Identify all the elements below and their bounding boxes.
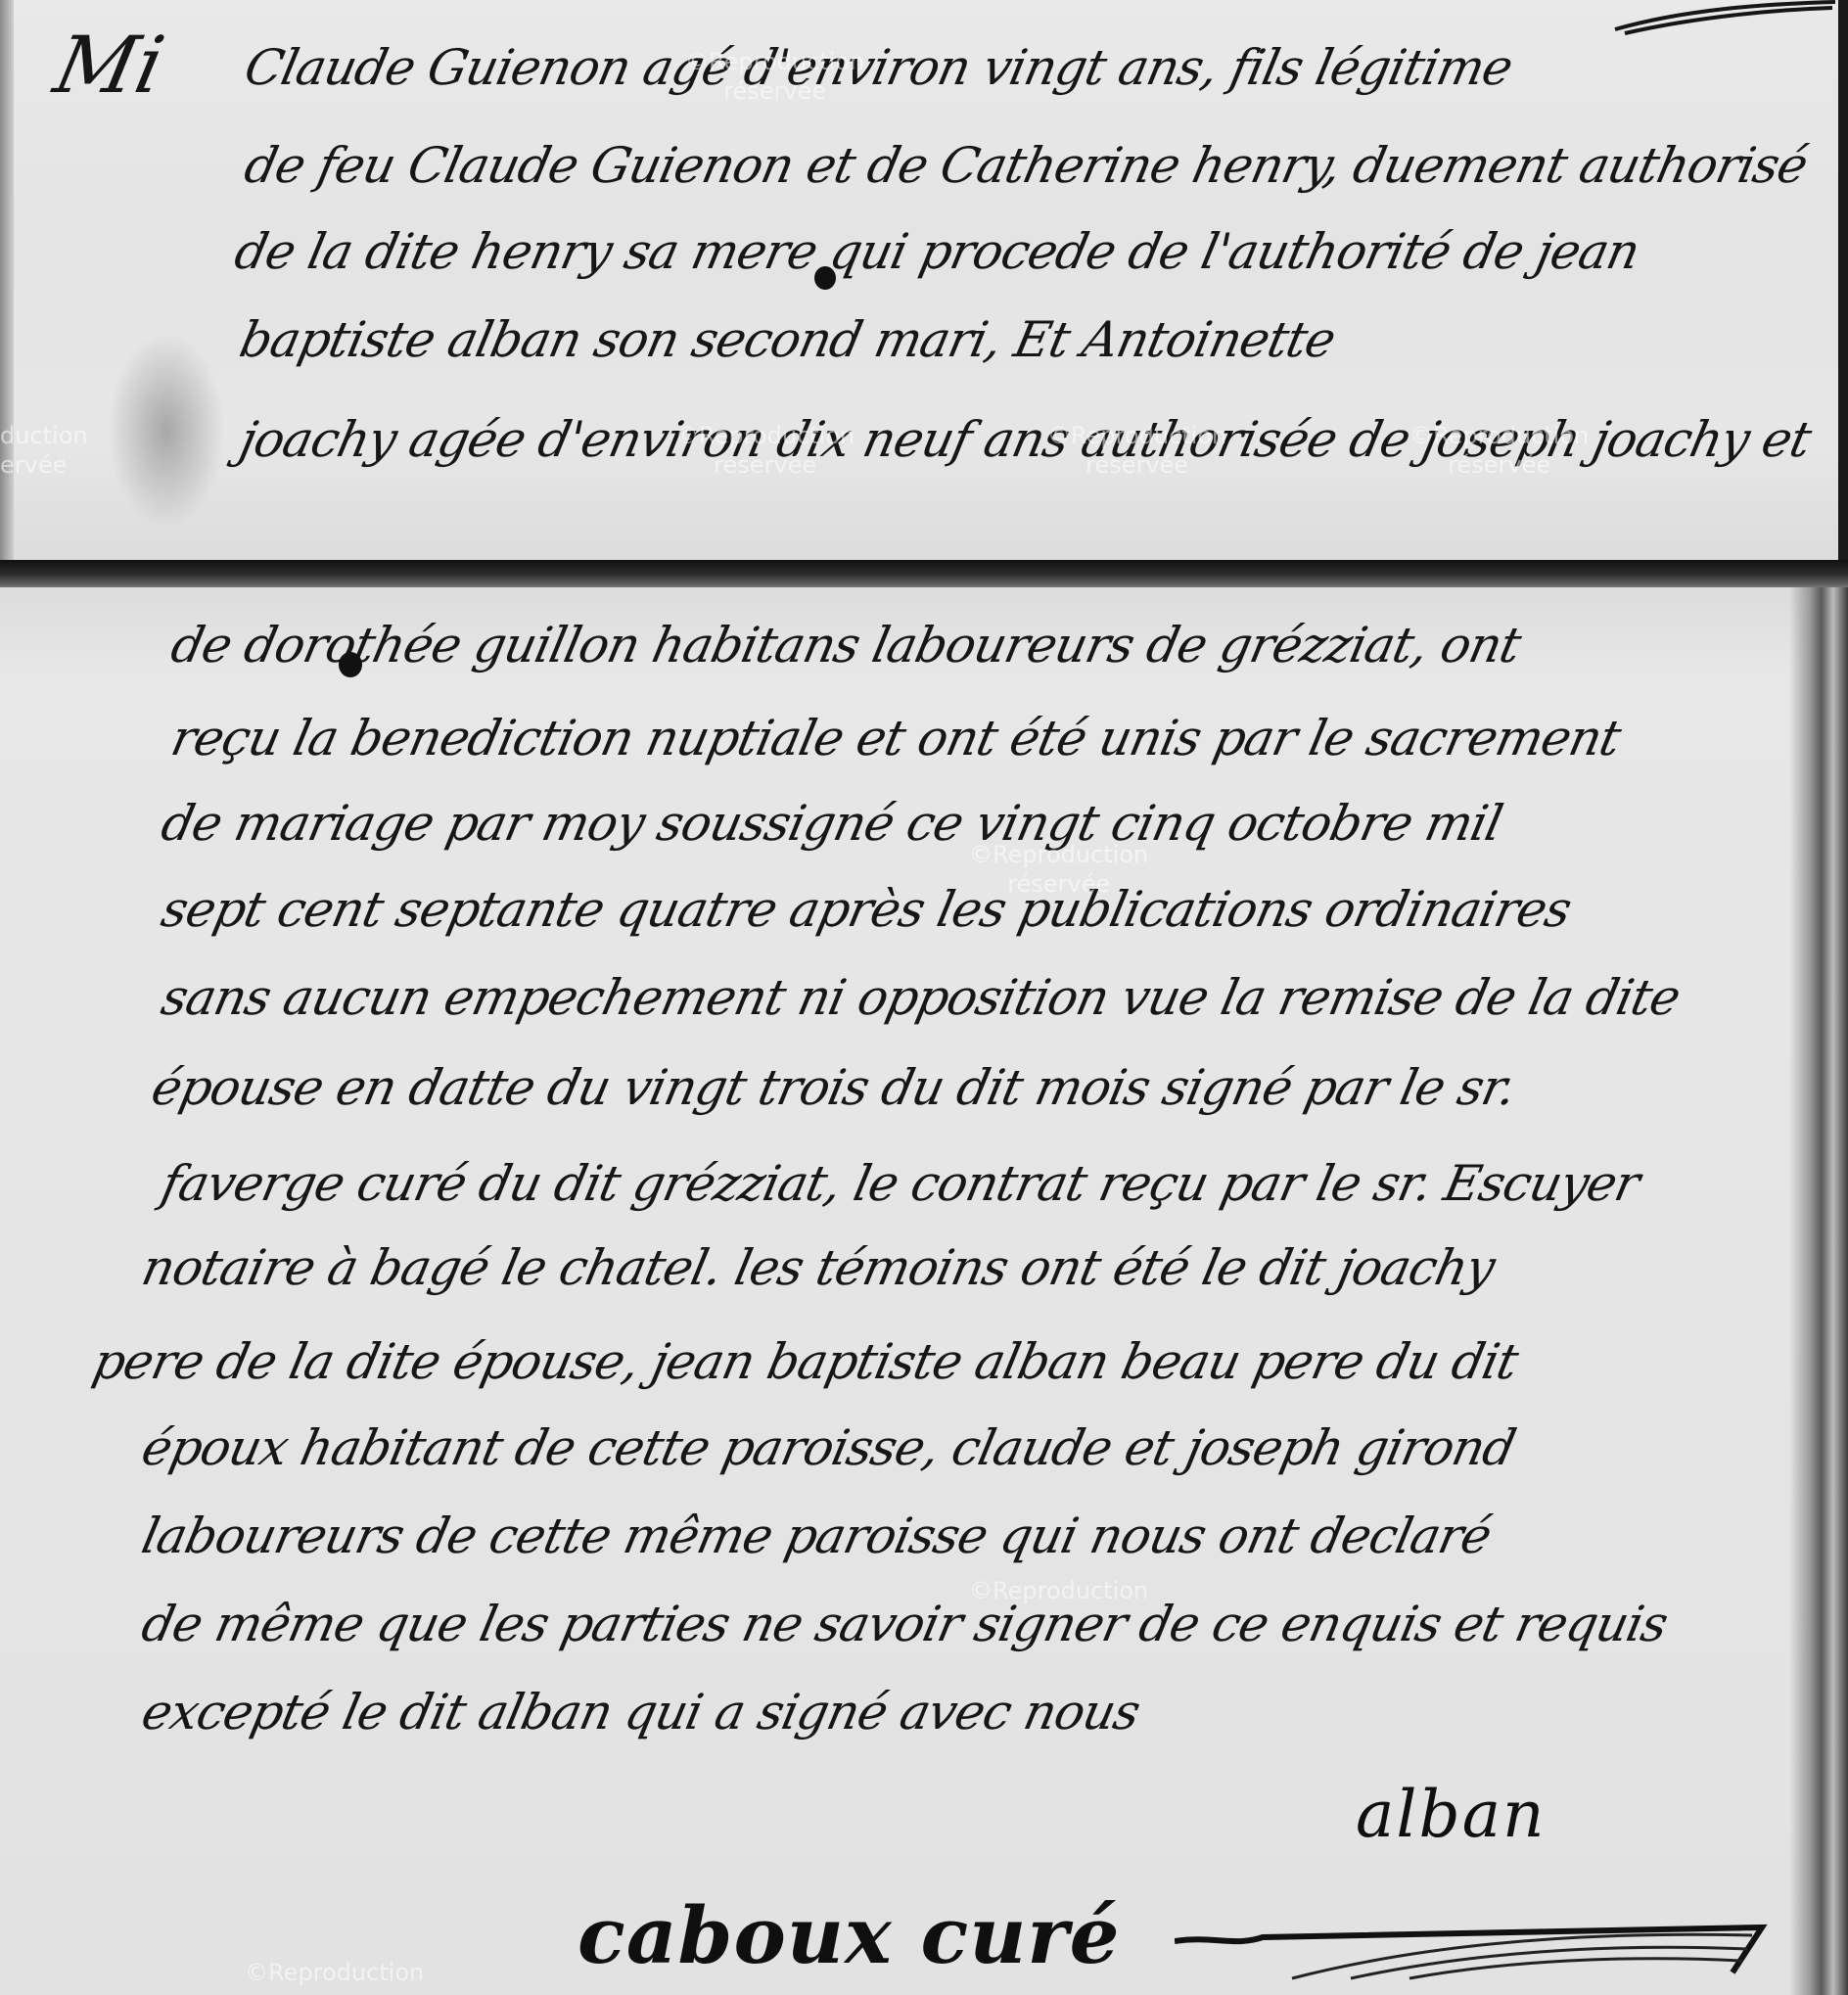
watermark-line-2: ervée	[0, 450, 88, 480]
record-line-9: sept cent septante quatre après les publ…	[157, 881, 1576, 938]
watermark-line-1: ©Reproduction	[245, 1958, 424, 1987]
page-binding-edge	[1789, 587, 1848, 1995]
record-line-3: de la dite henry sa mere qui procede de …	[230, 223, 1644, 280]
record-line-2: de feu Claude Guienon et de Catherine he…	[240, 137, 1812, 194]
margin-note: Mi	[47, 20, 171, 111]
witness-signature: alban	[1356, 1777, 1547, 1852]
record-line-16: laboureurs de cette même paroisse qui no…	[137, 1508, 1496, 1564]
record-line-6: de dorothée guillon habitans laboureurs …	[166, 617, 1525, 673]
ink-flourish-top	[1605, 0, 1840, 39]
record-line-8: de mariage par moy soussigné ce vingt ci…	[157, 795, 1507, 852]
watermark-partial: duction ervée	[0, 421, 88, 480]
priest-signature: caboux curé	[577, 1889, 1120, 1981]
record-line-17: de même que les parties ne savoir signer…	[137, 1596, 1672, 1652]
record-line-11: épouse en datte du vingt trois du dit mo…	[147, 1059, 1520, 1116]
register-strip-bottom: de dorothée guillon habitans laboureurs …	[0, 587, 1848, 1995]
record-line-4: baptiste alban son second mari, Et Antoi…	[235, 311, 1340, 368]
paper-stain	[108, 333, 225, 529]
watermark: ©Reproduction	[245, 1958, 424, 1987]
record-line-5: joachy agée d'environ dix neuf ans autho…	[235, 411, 1816, 468]
record-line-1: Claude Guienon agé d'environ vingt ans, …	[240, 39, 1517, 96]
record-line-13: notaire à bagé le chatel. les témoins on…	[137, 1239, 1500, 1296]
record-line-14: pere de la dite épouse, jean baptiste al…	[88, 1333, 1523, 1390]
ink-blot	[814, 266, 836, 290]
record-line-18: excepté le dit alban qui a signé avec no…	[137, 1684, 1144, 1740]
record-line-7: reçu la benediction nuptiale et ont été …	[166, 710, 1625, 766]
ink-blot	[339, 652, 362, 677]
record-line-10: sans aucun empechement ni opposition vue…	[157, 969, 1685, 1026]
record-line-15: époux habitant de cette paroisse, claude…	[137, 1419, 1520, 1476]
signature-paraph-icon	[1175, 1914, 1781, 1982]
record-line-12: faverge curé du dit grézziat, le contrat…	[157, 1155, 1644, 1212]
register-strip-top: Mi Claude Guienon agé d'environ vingt an…	[0, 0, 1848, 560]
watermark-line-1: duction	[0, 421, 88, 450]
